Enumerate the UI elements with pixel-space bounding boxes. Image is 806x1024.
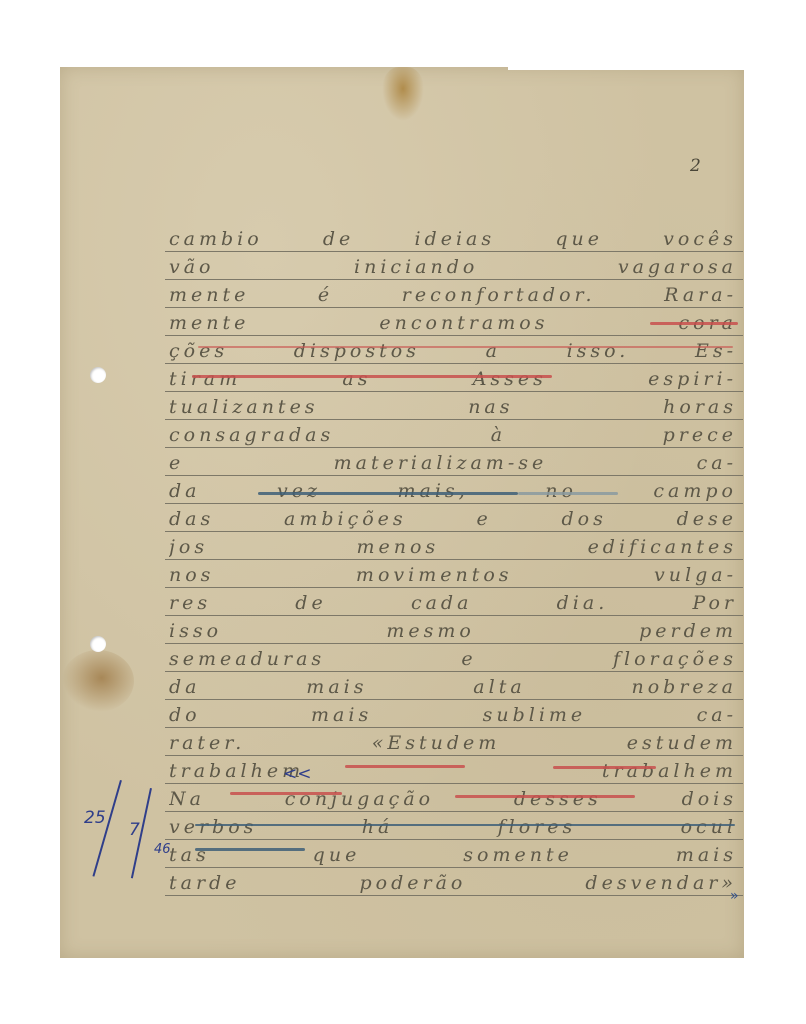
date-year: 46 — [154, 842, 171, 857]
date-slash — [92, 780, 121, 877]
text-line: trabalhem trabalhem — [165, 756, 743, 784]
red-underline — [455, 795, 635, 798]
text-line: nos movimentos vulga- — [165, 560, 743, 588]
punch-hole-bottom — [90, 636, 106, 652]
date-month: 7 — [129, 820, 140, 840]
water-stain — [62, 650, 134, 712]
text-line: tarde poderão desvendar» — [165, 868, 743, 896]
text-line: das ambições e dos dese — [165, 504, 743, 532]
text-line: vão iniciando vagarosa — [165, 252, 743, 280]
torn-paper-edge — [508, 58, 748, 70]
text-line: consagradas à prece — [165, 420, 743, 448]
text-line: mente é reconfortador. Rara- — [165, 280, 743, 308]
blue-underline — [195, 824, 735, 826]
text-line: res de cada dia. Por — [165, 588, 743, 616]
text-line: verbos há flores ocul — [165, 812, 743, 840]
text-line: rater. «Estudem estudem — [165, 728, 743, 756]
red-underline — [553, 766, 656, 769]
text-line: da mais alta nobreza — [165, 672, 743, 700]
text-line: tas que somente mais — [165, 840, 743, 868]
text-line: tualizantes nas horas — [165, 392, 743, 420]
text-line: da vez mais, no campo — [165, 476, 743, 504]
text-line: jos menos edificantes — [165, 532, 743, 560]
text-line: ções dispostos a isso. Es- — [165, 336, 743, 364]
continuation-mark: » — [730, 888, 739, 904]
text-line: do mais sublime ca- — [165, 700, 743, 728]
red-underline — [650, 322, 738, 325]
margin-date-annotation: 25 7 46 — [84, 780, 184, 890]
blue-underline — [258, 492, 518, 495]
grey-underline — [518, 492, 618, 495]
text-line: isso mesmo perdem — [165, 616, 743, 644]
text-line: semeaduras e florações — [165, 644, 743, 672]
text-line: cambio de ideias que vocês — [165, 224, 743, 252]
page-number: 2 — [690, 156, 701, 176]
red-underline — [230, 792, 342, 795]
red-underline — [345, 765, 465, 768]
text-line: tiram as Asses espiri- — [165, 364, 743, 392]
red-underline — [192, 375, 552, 378]
punch-hole-top — [90, 367, 106, 383]
text-line: Na conjugação desses dois — [165, 784, 743, 812]
text-line: e materializam-se ca- — [165, 448, 743, 476]
red-underline — [198, 346, 733, 348]
open-quote-mark: << — [283, 764, 312, 784]
tape-stain — [382, 67, 424, 121]
date-day: 25 — [84, 808, 106, 828]
blue-underline — [195, 848, 305, 851]
